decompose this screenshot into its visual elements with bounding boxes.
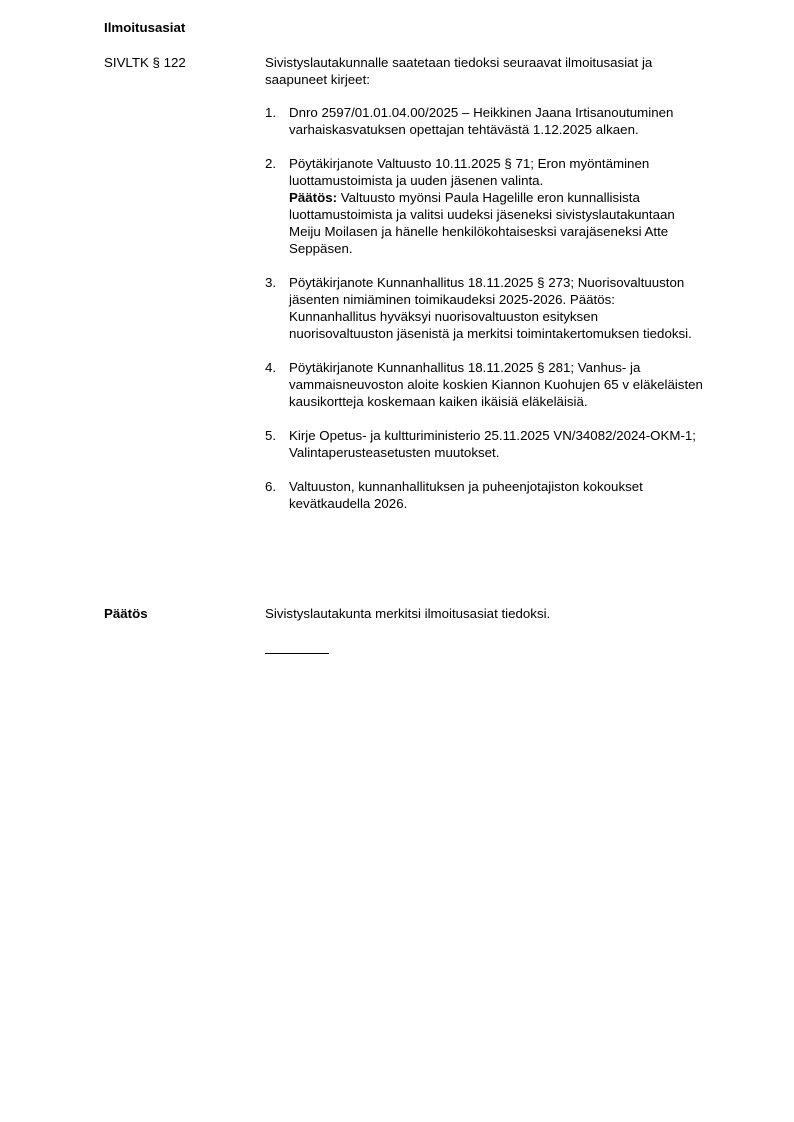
document-title: Ilmoitusasiat: [104, 19, 185, 36]
end-divider: [265, 653, 329, 654]
section-label: SIVLTK § 122: [104, 54, 186, 71]
list-item: 6. Valtuuston, kunnanhallituksen ja puhe…: [265, 478, 705, 512]
list-item: 3. Pöytäkirjanote Kunnanhallitus 18.11.2…: [265, 274, 705, 342]
item-text: Valtuuston, kunnanhallituksen ja puheenj…: [289, 479, 643, 511]
item-number: 3.: [265, 274, 276, 291]
list-item: 5. Kirje Opetus- ja kultturiministerio 2…: [265, 427, 705, 461]
item-text: Pöytäkirjanote Kunnanhallitus 18.11.2025…: [289, 275, 692, 341]
item-number: 6.: [265, 478, 276, 495]
decision-text: Sivistyslautakunta merkitsi ilmoitusasia…: [265, 605, 705, 622]
decision-label: Päätös: [104, 605, 148, 622]
item-decision-text: Valtuusto myönsi Paula Hagelille eron ku…: [289, 190, 675, 256]
item-number: 1.: [265, 104, 276, 121]
item-number: 5.: [265, 427, 276, 444]
intro-text: Sivistyslautakunnalle saatetaan tiedoksi…: [265, 54, 705, 88]
item-text: Pöytäkirjanote Valtuusto 10.11.2025 § 71…: [289, 156, 649, 188]
item-text: Kirje Opetus- ja kultturiministerio 25.1…: [289, 428, 696, 460]
item-text: Dnro 2597/01.01.04.00/2025 – Heikkinen J…: [289, 105, 673, 137]
item-text: Pöytäkirjanote Kunnanhallitus 18.11.2025…: [289, 360, 703, 409]
list-item: 4. Pöytäkirjanote Kunnanhallitus 18.11.2…: [265, 359, 705, 410]
item-number: 4.: [265, 359, 276, 376]
item-decision-label: Päätös:: [289, 190, 337, 205]
item-number: 2.: [265, 155, 276, 172]
list-item: 1. Dnro 2597/01.01.04.00/2025 – Heikkine…: [265, 104, 705, 138]
notice-list: 1. Dnro 2597/01.01.04.00/2025 – Heikkine…: [265, 104, 705, 529]
list-item: 2. Pöytäkirjanote Valtuusto 10.11.2025 §…: [265, 155, 705, 257]
